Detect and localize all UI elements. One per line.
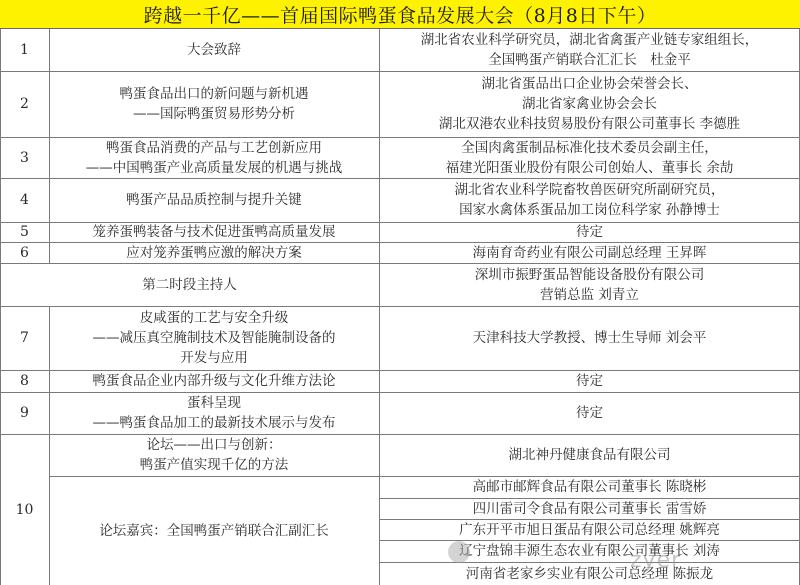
speaker-line: 湖北神丹健康食品有限公司 — [509, 445, 671, 465]
host-label: 第二时段主持人 — [142, 275, 237, 295]
topic-line: 鸭蛋食品企业内部升级与文化升维方法论 — [93, 371, 336, 391]
row-number: 6 — [0, 242, 49, 263]
topic-line: 笼养蛋鸭装备与技术促进蛋鸭高质量发展 — [93, 222, 336, 242]
speaker-cell: 待定 — [379, 392, 800, 434]
speaker-line: 深圳市振野蛋品智能设备股份有限公司 — [475, 265, 705, 285]
column-divider — [49, 306, 50, 585]
guest-cell: 高邮市邮辉食品有限公司董事长 陈晓彬 — [379, 476, 800, 498]
speaker-line: 天津科技大学教授、博士生导师 刘会平 — [473, 328, 707, 348]
topic-cell: 应对笼养蛋鸭应激的解决方案 — [49, 242, 379, 263]
speaker-line: 国家水禽体系蛋品加工岗位科学家 孙静博士 — [459, 200, 720, 220]
speaker-line: 营销总监 刘青立 — [540, 285, 639, 305]
speaker-line: 湖北双港农业科技贸易股份有限公司董事长 李德胜 — [439, 114, 740, 134]
row-divider — [0, 71, 800, 72]
topic-cell: 蛋科呈现 ——鸭蛋食品加工的最新技术展示与发布 — [49, 392, 379, 434]
speaker-line: 待定 — [576, 222, 603, 242]
speaker-line: 待定 — [576, 403, 603, 423]
row-divider — [0, 370, 800, 371]
speaker-cell: 待定 — [379, 370, 800, 392]
topic-cell: 鸭蛋食品消费的产品与工艺创新应用 ——中国鸭蛋产业高质量发展的机遇与挑战 — [49, 137, 379, 178]
speaker-cell: 天津科技大学教授、博士生导师 刘会平 — [379, 306, 800, 370]
topic-line: 大会致辞 — [187, 40, 241, 60]
guest-cell: 四川雷司令食品有限公司董事长 雷雪娇 — [379, 498, 800, 519]
row-number: 7 — [0, 306, 49, 370]
forum-topic-cell: 论坛——出口与创新： 鸭蛋产值实现千亿的方法 — [49, 434, 379, 476]
row-divider — [0, 178, 800, 179]
topic-subline: ——中国鸭蛋产业高质量发展的机遇与挑战 — [86, 158, 343, 178]
speaker-line: 湖北省家禽业协会会长 — [522, 94, 657, 114]
row-divider — [379, 498, 800, 499]
speaker-line: 全国肉禽蛋制品标准化技术委员会副主任， — [461, 138, 718, 158]
topic-cell: 鸭蛋食品出口的新问题与新机遇 ——国际鸭蛋贸易形势分析 — [49, 71, 379, 137]
row-divider — [379, 519, 800, 520]
row-divider — [49, 476, 800, 477]
speaker-line: 湖北省蛋品出口企业协会荣誉会长、 — [482, 74, 698, 94]
speaker-cell: 湖北省农业科学院畜牧兽医研究所副研究员， 国家水禽体系蛋品加工岗位科学家 孙静博… — [379, 178, 800, 222]
topic-line: 论坛——出口与创新： — [147, 435, 282, 455]
speaker-cell: 湖北省农业科学研究员，湖北省禽蛋产业链专家组组长， 全国鸭蛋产销联合汇汇长 杜金… — [379, 29, 800, 71]
guest-cell: 广东开平市旭日蛋品有限公司总经理 姚辉亮 — [379, 519, 800, 540]
row-number: 3 — [0, 137, 49, 178]
guest-line: 四川雷司令食品有限公司董事长 雷雪娇 — [473, 499, 707, 519]
topic-subline: ——国际鸭蛋贸易形势分析 — [133, 104, 295, 124]
speaker-line: 全国鸭蛋产销联合汇汇长 杜金平 — [488, 50, 691, 70]
guest-cell: 辽宁盘锦丰源生态农业有限公司董事长 刘涛 — [379, 540, 800, 562]
topic-cell: 鸭蛋产品品质控制与提升关键 — [49, 178, 379, 222]
guest-line: 高邮市邮辉食品有限公司董事长 陈晓彬 — [473, 477, 707, 497]
topic-subline: ——鸭蛋食品加工的最新技术展示与发布 — [93, 413, 336, 433]
row-divider — [0, 434, 800, 435]
speaker-cell: 全国肉禽蛋制品标准化技术委员会副主任， 福建光阳蛋业股份有限公司创始人、董事长 … — [379, 137, 800, 178]
row-number: 2 — [0, 71, 49, 137]
topic-line: 鸭蛋产品品质控制与提升关键 — [126, 190, 302, 210]
row-divider — [379, 562, 800, 563]
speaker-line: 湖北省农业科学研究员，湖北省禽蛋产业链专家组组长， — [421, 30, 759, 50]
column-divider — [49, 29, 50, 263]
speaker-line: 待定 — [576, 371, 603, 391]
row-number: 4 — [0, 178, 49, 222]
row-number: 5 — [0, 222, 49, 242]
topic-line: 鸭蛋食品消费的产品与工艺创新应用 — [106, 138, 322, 158]
speaker-line: 湖北省农业科学院畜牧兽医研究所副研究员， — [455, 180, 725, 200]
row-divider — [0, 392, 800, 393]
topic-line: 鸭蛋食品出口的新问题与新机遇 — [120, 84, 309, 104]
agenda-title: 跨越一千亿——首届国际鸭蛋食品发展大会（8月8日下午） — [0, 0, 800, 29]
forum-speaker-cell: 湖北神丹健康食品有限公司 — [379, 434, 800, 476]
guest-line: 河南省老家乡实业有限公司总经理 陈振龙 — [466, 564, 713, 584]
agenda-table: 跨越一千亿——首届国际鸭蛋食品发展大会（8月8日下午） 1 大会致辞 湖北省农业… — [0, 0, 800, 585]
row-divider — [0, 306, 800, 307]
topic-subline: 开发与应用 — [180, 348, 248, 368]
speaker-line: 海南育奇药业有限公司副总经理 王昇晖 — [473, 243, 707, 263]
row-divider — [0, 242, 800, 243]
speaker-cell: 待定 — [379, 222, 800, 242]
row-divider — [379, 540, 800, 541]
guest-line: 辽宁盘锦丰源生态农业有限公司董事长 刘涛 — [459, 541, 720, 561]
row-number: 9 — [0, 392, 49, 434]
row-divider — [0, 222, 800, 223]
topic-line: 应对笼养蛋鸭应激的解决方案 — [126, 243, 302, 263]
speaker-line: 福建光阳蛋业股份有限公司创始人、董事长 余劼 — [446, 158, 734, 178]
column-divider — [379, 29, 380, 585]
host-speaker-cell: 深圳市振野蛋品智能设备股份有限公司 营销总监 刘青立 — [379, 263, 800, 306]
topic-cell: 笼养蛋鸭装备与技术促进蛋鸭高质量发展 — [49, 222, 379, 242]
topic-subline: ——减压真空腌制技术及智能腌制设备的 — [93, 328, 336, 348]
topic-line: 蛋科呈现 — [187, 393, 241, 413]
guest-cell: 河南省老家乡实业有限公司总经理 陈振龙 — [379, 562, 800, 585]
column-divider — [0, 29, 1, 585]
row-divider — [0, 263, 800, 264]
topic-cell: 皮咸蛋的工艺与安全升级 ——减压真空腌制技术及智能腌制设备的 开发与应用 — [49, 306, 379, 370]
host-label-cell: 第二时段主持人 — [0, 263, 379, 306]
speaker-cell: 海南育奇药业有限公司副总经理 王昇晖 — [379, 242, 800, 263]
row-divider — [0, 137, 800, 138]
topic-line: 鸭蛋产值实现千亿的方法 — [140, 455, 289, 475]
topic-line: 皮咸蛋的工艺与安全升级 — [140, 308, 289, 328]
row-number: 1 — [0, 29, 49, 71]
forum-guests-label: 论坛嘉宾：全国鸭蛋产销联合汇副汇长 — [99, 521, 329, 541]
guest-line: 广东开平市旭日蛋品有限公司总经理 姚辉亮 — [459, 520, 720, 540]
row-number: 8 — [0, 370, 49, 392]
row-number: 10 — [0, 434, 49, 585]
topic-cell: 鸭蛋食品企业内部升级与文化升维方法论 — [49, 370, 379, 392]
speaker-cell: 湖北省蛋品出口企业协会荣誉会长、 湖北省家禽业协会会长 湖北双港农业科技贸易股份… — [379, 71, 800, 137]
topic-cell: 大会致辞 — [49, 29, 379, 71]
forum-guests-label-cell: 论坛嘉宾：全国鸭蛋产销联合汇副汇长 — [49, 476, 379, 585]
